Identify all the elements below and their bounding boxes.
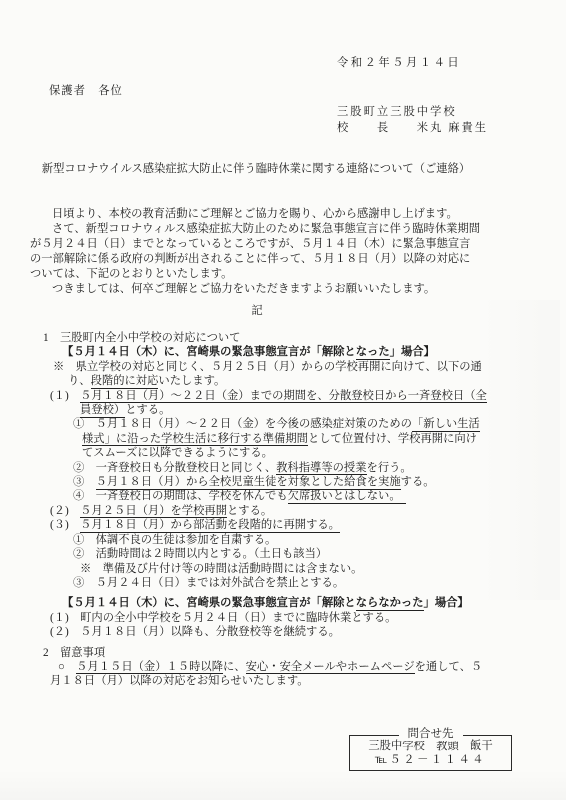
underlined-text: ５月１５日（金）１５時以降 xyxy=(76,661,223,675)
text-line: 月１８日（月）以降の対応をお知らせいたします。 xyxy=(30,674,540,688)
text-segment: つきましては、何卒ご理解とご協力をいただきますようお願いいたします。 xyxy=(52,283,435,295)
text-line: 員登校）とする。 xyxy=(30,403,540,417)
text-segment: ④ 一斉登校日の期間は、学校を休んでも xyxy=(73,490,288,502)
text-line: さて、新型コロナウィルス感染症拡大防止のために緊急事態宣言に伴う臨時休業期間 xyxy=(30,222,510,237)
text-line: 【５月１４日（木）に、宮崎県の緊急事態宣言が「解除となった」場合】 xyxy=(30,345,540,359)
underlined-text: 員登校） xyxy=(80,404,125,418)
text-segment: ③ xyxy=(73,476,96,488)
text-segment: てスムーズに以降できるようにする。 xyxy=(82,447,273,459)
text-segment: いたします。 xyxy=(158,375,225,387)
text-line: (１) ５月１８日（月）～２２日（金）までの期間を、分散登校日から一斉登校日（全 xyxy=(30,389,540,403)
text-line: ④ 一斉登校日の期間は、学校を休んでも欠席扱いとはしない。 xyxy=(30,489,540,503)
underlined-text: なった xyxy=(356,346,390,360)
text-segment: 【５月１４日（木）に、宮崎県の緊急事態宣言が「解除と xyxy=(62,597,356,609)
text-line: が５月２４日（日）までとなっているところですが、５月１４日（木）に緊急事態宣言 xyxy=(30,237,510,252)
sender-school-line: 三股町立三股中学校 xyxy=(337,104,488,120)
text-segment: (２) xyxy=(50,505,80,517)
text-segment: する。 xyxy=(401,476,435,488)
text-segment: ① ５月１８日（月）～２２日（金）を今後の感染症対策のための xyxy=(73,418,412,430)
underlined-text: 様式」に沿った学校生活に移行する準備期間 xyxy=(82,433,308,447)
text-line: てスムーズに以降できるようにする。 xyxy=(30,446,540,460)
text-segment: (１) xyxy=(50,390,80,402)
text-segment: 月１８日（月）以降の対応をお知らせいたします。 xyxy=(50,675,309,687)
text-segment: の一部解除に係る政府の判断が出されることに伴って、５月１８日（月）以降の対応に xyxy=(30,253,470,265)
text-segment: 1 三股町内全小中学校の対応について xyxy=(43,332,240,344)
text-segment: (１) 町内の全小中学校を５月２４日（日）までに臨時休業とする。 xyxy=(50,612,396,624)
underlined-text: 段階的に対応 xyxy=(91,375,159,389)
underlined-text: ５月１８日（月）から全校児童生徒を対象とした給食を実施 xyxy=(96,476,401,490)
text-line: 日頃より、本校の教育活動にご理解とご協力を賜り、心から感謝申し上げます。 xyxy=(30,207,510,222)
recipient-line: 保護者 各位 xyxy=(49,82,123,98)
underlined-text: 教科指導等の授業 xyxy=(276,462,366,476)
text-line: ついては、下記のとおりといたします。 xyxy=(30,267,510,282)
sender-block: 三股町立三股中学校 校 長 米丸 麻貴生 xyxy=(337,104,488,136)
text-segment: を通して、５ xyxy=(415,661,483,673)
text-segment: (２) ５月１８日（月）以降も、分散登校等を継続する。 xyxy=(50,626,340,638)
text-line: 【５月１４日（木）に、宮崎県の緊急事態宣言が「解除とならなかった」場合】 xyxy=(30,596,540,610)
text-line: ③ ５月１８日（月）から全校児童生徒を対象とした給食を実施する。 xyxy=(30,475,540,489)
text-line: ※ 県立学校の対応と同じく、５月２５日（月）からの学校再開に向けて、以下の通 xyxy=(30,360,540,374)
text-segment: とする。 xyxy=(227,505,272,517)
underlined-text: ５月１８日（月）から部活動を段階的に再開する。 xyxy=(80,519,340,533)
underlined-text: 「新しい生活 xyxy=(412,418,480,432)
text-segment: ついては、下記のとおりといたします。 xyxy=(30,268,232,280)
text-segment: ※ 県立学校の対応と同じく、５月２５日（月）からの学校再開に向けて、以下の通 xyxy=(53,361,482,373)
text-segment: 」場合】 xyxy=(390,346,435,358)
document-title: 新型コロナウイルス感染症拡大防止に伴う臨時休業に関する連絡について（ご連絡） xyxy=(0,160,512,176)
scan-smudge xyxy=(0,770,566,800)
text-line: ① 体調不良の生徒は参加を自粛する。 xyxy=(30,533,540,547)
text-line: ○ ５月１５日（金）１５時以降に、安心・安全メールやホームページを通して、５ xyxy=(30,660,540,674)
text-line: 2 留意事項 xyxy=(30,646,540,660)
text-segment: を行う。 xyxy=(367,462,412,474)
text-line: 1 三股町内全小中学校の対応について xyxy=(30,331,540,345)
underlined-text: 欠席扱いとはしない。 xyxy=(288,490,407,504)
text-line: (３) ５月１８日（月）から部活動を段階的に再開する。 xyxy=(30,518,540,532)
underlined-text: ５月１８日（月）～２２日（金）までの期間を、分散登校日から一斉登校日（全 xyxy=(80,390,487,404)
text-segment: 【５月１４日（木）に、宮崎県の緊急事態宣言が「解除と xyxy=(62,346,356,358)
document-page: 令和２年５月１４日 保護者 各位 三股町立三股中学校 校 長 米丸 麻貴生 新型… xyxy=(0,0,566,800)
underlined-text: ならなかった xyxy=(356,597,424,611)
contact-box: 問合せ先 三股中学校 教頭 飯干 ℡５２－１１４４ xyxy=(349,735,512,771)
text-segment: ③ ５月２４日（日）までは対外試合を禁止とする。 xyxy=(73,577,344,589)
text-segment: さて、新型コロナウィルス感染症拡大防止のために緊急事態宣言に伴う臨時休業期間 xyxy=(52,223,480,235)
text-segment: ① 体調不良の生徒は参加を自粛する。 xyxy=(73,534,276,546)
date-line: 令和２年５月１４日 xyxy=(337,54,461,70)
text-line: の一部解除に係る政府の判断が出されることに伴って、５月１８日（月）以降の対応に xyxy=(30,252,510,267)
text-segment: ○ xyxy=(58,661,76,673)
underlined-text: ５月２５日（月）を学校再開 xyxy=(80,505,227,519)
ki-heading: 記 xyxy=(0,302,516,318)
text-line: 様式」に沿った学校生活に移行する準備期間として位置付け、学校再開に向け xyxy=(30,432,540,446)
text-segment: 2 留意事項 xyxy=(43,647,105,659)
text-segment: 」場合】 xyxy=(424,597,469,609)
text-line: (２) ５月２５日（月）を学校再開とする。 xyxy=(30,504,540,518)
contact-staff-line: 三股中学校 教頭 飯干 xyxy=(352,740,509,754)
text-line: (２) ５月１８日（月）以降も、分散登校等を継続する。 xyxy=(30,625,540,639)
text-segment: に、 xyxy=(223,661,246,673)
text-segment: ② 活動時間は２時間以内とする。（土日も該当） xyxy=(73,548,327,560)
text-line: ② 活動時間は２時間以内とする。（土日も該当） xyxy=(30,547,540,561)
text-segment: ※ 準備及び片付け等の時間は活動時間には含まない。 xyxy=(80,563,362,575)
text-segment: として位置付け、学校再開に向け xyxy=(308,433,477,445)
text-line: ① ５月１８日（月）～２２日（金）を今後の感染症対策のための「新しい生活 xyxy=(30,417,540,431)
text-segment: ② 一斉登校日も分散登校日と同じく、 xyxy=(73,462,276,474)
contact-legend: 問合せ先 xyxy=(399,727,463,741)
text-line: ③ ５月２４日（日）までは対外試合を禁止とする。 xyxy=(30,576,540,590)
text-segment: り、 xyxy=(68,375,91,387)
intro-paragraphs: 日頃より、本校の教育活動にご理解とご協力を賜り、心から感謝申し上げます。さて、新… xyxy=(30,207,510,297)
text-line: (１) 町内の全小中学校を５月２４日（日）までに臨時休業とする。 xyxy=(30,611,540,625)
text-line: つきましては、何卒ご理解とご協力をいただきますようお願いいたします。 xyxy=(30,282,510,297)
text-segment: 日頃より、本校の教育活動にご理解とご協力を賜り、心から感謝申し上げます。 xyxy=(52,208,458,220)
text-line: り、段階的に対応いたします。 xyxy=(30,374,540,388)
document-body-lines: 1 三股町内全小中学校の対応について【５月１４日（木）に、宮崎県の緊急事態宣言が… xyxy=(30,331,540,689)
text-segment: (３) xyxy=(50,519,80,531)
underlined-text: 安心・安全メールやホームページ xyxy=(246,661,415,675)
text-segment: とする。 xyxy=(125,404,170,416)
contact-phone-line: ℡５２－１１４４ xyxy=(352,754,509,768)
text-line: ※ 準備及び片付け等の時間は活動時間には含まない。 xyxy=(30,562,540,576)
sender-principal-line: 校 長 米丸 麻貴生 xyxy=(337,120,488,136)
text-segment: が５月２４日（日）までとなっているところですが、５月１４日（木）に緊急事態宣言 xyxy=(30,238,470,250)
text-line: ② 一斉登校日も分散登校日と同じく、教科指導等の授業を行う。 xyxy=(30,461,540,475)
